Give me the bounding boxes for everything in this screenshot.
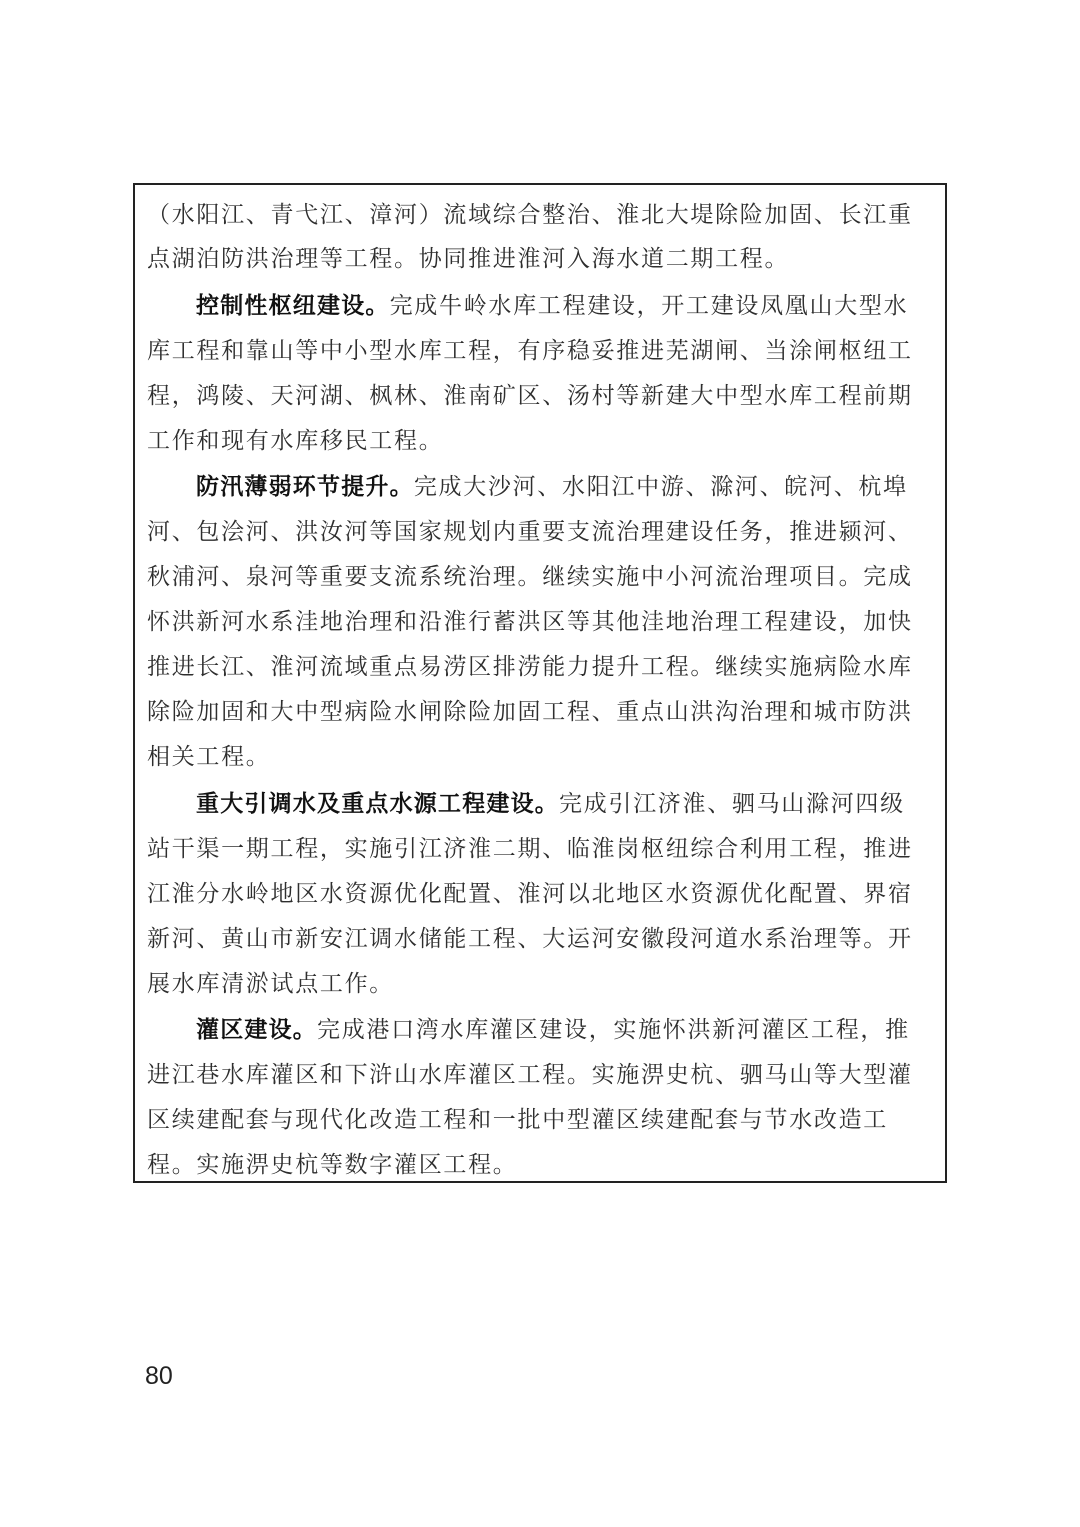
text-line: 工作和现有水库移民工程。 xyxy=(147,419,443,463)
line-text: 区续建配套与现代化改造工程和一批中型灌区续建配套与节水改造工 xyxy=(147,1107,888,1133)
line-text: 程。实施淠史杭等数字灌区工程。 xyxy=(147,1152,518,1178)
section-heading-water-diversion: 重大引调水及重点水源工程建设。 xyxy=(196,790,559,817)
text-line: 新河、黄山市新安江调水储能工程、大运河安徽段河道水系治理等。开 xyxy=(147,917,913,961)
content-box: （水阳江、青弋江、漳河）流域综合整治、淮北大堤除险加固、长江重 点湖泊防洪治理等… xyxy=(133,183,947,1183)
line-text: 站干渠一期工程，实施引江济淮二期、临淮岗枢纽综合利用工程，推进 xyxy=(147,836,913,862)
line-text: 点湖泊防洪治理等工程。协同推进淮河入海水道二期工程。 xyxy=(147,246,789,272)
section-heading-irrigation: 灌区建设。 xyxy=(196,1016,317,1043)
line-text: 完成港口湾水库灌区建设，实施怀洪新河灌区工程，推 xyxy=(317,1017,910,1043)
line-text: 程，鸿陵、天河湖、枫林、淮南矿区、汤村等新建大中型水库工程前期 xyxy=(147,383,913,409)
section-heading-flood-weak-links: 防汛薄弱环节提升。 xyxy=(196,473,414,500)
text-line: 除险加固和大中型病险水闸除险加固工程、重点山洪沟治理和城市防洪 xyxy=(147,690,913,734)
text-line: 程。实施淠史杭等数字灌区工程。 xyxy=(147,1143,518,1187)
line-text: 相关工程。 xyxy=(147,744,271,770)
text-line: 程，鸿陵、天河湖、枫林、淮南矿区、汤村等新建大中型水库工程前期 xyxy=(147,374,913,418)
line-text: 推进长江、淮河流域重点易涝区排涝能力提升工程。继续实施病险水库 xyxy=(147,654,913,680)
line-text: 完成牛岭水库工程建设，开工建设凤凰山大型水 xyxy=(390,293,909,319)
text-line: 秋浦河、泉河等重要支流系统治理。继续实施中小河流治理项目。完成 xyxy=(147,555,913,599)
text-line: 库工程和靠山等中小型水库工程，有序稳妥推进芜湖闸、当涂闸枢纽工 xyxy=(147,329,913,373)
text-line: 进江巷水库灌区和下浒山水库灌区工程。实施淠史杭、驷马山等大型灌 xyxy=(147,1053,913,1097)
line-text: 除险加固和大中型病险水闸除险加固工程、重点山洪沟治理和城市防洪 xyxy=(147,699,913,725)
text-line: 区续建配套与现代化改造工程和一批中型灌区续建配套与节水改造工 xyxy=(147,1098,888,1142)
line-text: 完成大沙河、水阳江中游、滁河、皖河、杭埠 xyxy=(414,474,908,500)
line-text: 怀洪新河水系洼地治理和沿淮行蓄洪区等其他洼地治理工程建设，加快 xyxy=(147,609,913,635)
line-text: 进江巷水库灌区和下浒山水库灌区工程。实施淠史杭、驷马山等大型灌 xyxy=(147,1062,913,1088)
text-line: 点湖泊防洪治理等工程。协同推进淮河入海水道二期工程。 xyxy=(147,237,789,281)
text-line: 江淮分水岭地区水资源优化配置、淮河以北地区水资源优化配置、界宿 xyxy=(147,872,913,916)
text-line: 推进长江、淮河流域重点易涝区排涝能力提升工程。继续实施病险水库 xyxy=(147,645,913,689)
text-line: 河、包浍河、洪汝河等国家规划内重要支流治理建设任务，推进颍河、 xyxy=(147,510,913,554)
text-line: 站干渠一期工程，实施引江济淮二期、临淮岗枢纽综合利用工程，推进 xyxy=(147,827,913,871)
line-text: 库工程和靠山等中小型水库工程，有序稳妥推进芜湖闸、当涂闸枢纽工 xyxy=(147,338,913,364)
text-line: 相关工程。 xyxy=(147,735,271,779)
line-text: 秋浦河、泉河等重要支流系统治理。继续实施中小河流治理项目。完成 xyxy=(147,564,913,590)
paragraph-heading-line: 灌区建设。完成港口湾水库灌区建设，实施怀洪新河灌区工程，推 xyxy=(196,1008,910,1052)
paragraph-heading-line: 防汛薄弱环节提升。完成大沙河、水阳江中游、滁河、皖河、杭埠 xyxy=(196,465,908,509)
paragraph-heading-line: 控制性枢纽建设。完成牛岭水库工程建设，开工建设凤凰山大型水 xyxy=(196,284,908,328)
line-text: 新河、黄山市新安江调水储能工程、大运河安徽段河道水系治理等。开 xyxy=(147,926,913,952)
document-page: （水阳江、青弋江、漳河）流域综合整治、淮北大堤除险加固、长江重 点湖泊防洪治理等… xyxy=(0,0,1080,1527)
line-text: 完成引江济淮、驷马山滁河四级 xyxy=(559,791,905,817)
paragraph-heading-line: 重大引调水及重点水源工程建设。完成引江济淮、驷马山滁河四级 xyxy=(196,782,905,826)
line-text: 河、包浍河、洪汝河等国家规划内重要支流治理建设任务，推进颍河、 xyxy=(147,519,913,545)
line-text: 江淮分水岭地区水资源优化配置、淮河以北地区水资源优化配置、界宿 xyxy=(147,881,913,907)
text-line: 怀洪新河水系洼地治理和沿淮行蓄洪区等其他洼地治理工程建设，加快 xyxy=(147,600,913,644)
text-line: （水阳江、青弋江、漳河）流域综合整治、淮北大堤除险加固、长江重 xyxy=(147,193,913,237)
line-text: 展水库清淤试点工作。 xyxy=(147,971,394,997)
line-text: （水阳江、青弋江、漳河）流域综合整治、淮北大堤除险加固、长江重 xyxy=(147,202,913,228)
text-line: 展水库清淤试点工作。 xyxy=(147,962,394,1006)
section-heading-control-hubs: 控制性枢纽建设。 xyxy=(196,292,390,319)
page-number: 80 xyxy=(145,1362,173,1391)
line-text: 工作和现有水库移民工程。 xyxy=(147,428,443,454)
